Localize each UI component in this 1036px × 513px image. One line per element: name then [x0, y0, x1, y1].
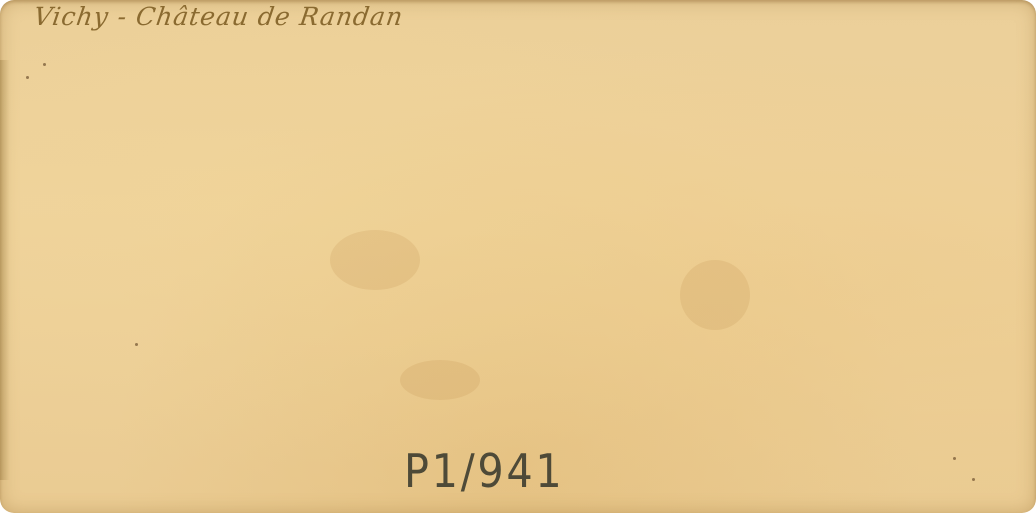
paper-speck: [26, 76, 29, 79]
card-edge-discoloration: [0, 60, 10, 480]
paper-speck: [43, 63, 46, 66]
handwritten-catalog-number: P1/941: [404, 444, 564, 498]
handwritten-title: Vichy - Château de Randan: [32, 2, 405, 31]
paper-speck: [972, 478, 975, 481]
paper-speck: [953, 457, 956, 460]
paper-stain: [680, 260, 750, 330]
stereoview-card-back: Vichy - Château de Randan P1/941: [0, 0, 1036, 513]
paper-speck: [135, 343, 138, 346]
paper-stain: [400, 360, 480, 400]
paper-stain: [330, 230, 420, 290]
